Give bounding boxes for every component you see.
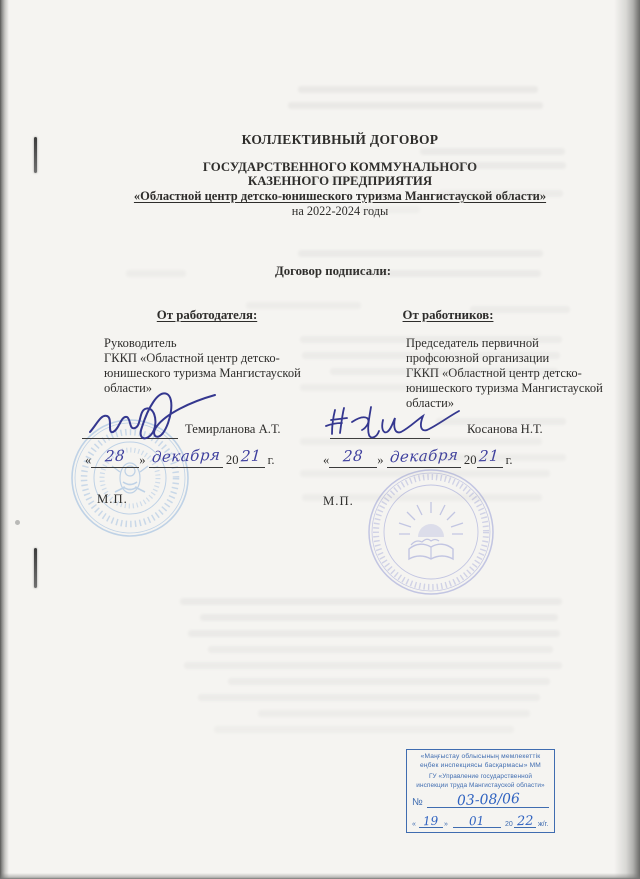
bleedthrough-artifact (180, 598, 562, 605)
signed-heading: Договор подписали: (97, 264, 569, 279)
employer-role-line: Руководитель (104, 336, 334, 351)
close-quote: » (139, 453, 145, 467)
reg-number-blank: 03-08/06 (427, 796, 549, 808)
bleedthrough-artifact (208, 646, 553, 653)
registration-stamp: «Маңғыстау облысының мемлекеттік еңбек и… (406, 749, 555, 833)
employees-seal-label: М.П. (323, 494, 354, 509)
scan-edge-right (614, 0, 640, 879)
scan-edge-left (0, 0, 9, 879)
reg-date-month: 01 (469, 816, 485, 827)
close-quote: » (377, 453, 383, 467)
employees-date-suffix: г. (506, 453, 513, 467)
employer-column-heading: От работодателя: (104, 308, 310, 323)
employees-role-line: Председатель первичной (406, 336, 636, 351)
employees-date-month-blank: декабря (387, 450, 461, 468)
bleedthrough-artifact (420, 148, 565, 155)
reg-date-year: 22 (517, 817, 534, 828)
reg-stamp-ru-line-1: ГУ «Управление государственной (407, 773, 554, 781)
reg-stamp-kk-line-2: еңбек инспекциясы басқармасы» ММ (407, 762, 554, 771)
employer-role-block: Руководитель ГККП «Областной центр детск… (104, 336, 334, 396)
bleedthrough-artifact (228, 678, 550, 685)
reg-date-suffix: ж/г. (538, 821, 548, 828)
bleedthrough-artifact (298, 250, 543, 257)
employer-role-line: ГККП «Областной центр детско- (104, 351, 334, 366)
employees-role-line: ГККП «Областной центр детско- (406, 366, 636, 381)
bleedthrough-artifact (300, 470, 550, 477)
employer-date-year: 21 (241, 449, 262, 464)
employees-date-day: 28 (343, 449, 364, 464)
employees-round-seal (366, 467, 496, 597)
bleedthrough-artifact (288, 102, 543, 109)
employees-signer-name: Косанова Н.Т. (467, 422, 543, 437)
reg-date-year-blank: 22 (514, 817, 536, 828)
staple-mark-bottom (34, 548, 37, 588)
employer-seal-label: М.П. (97, 492, 128, 507)
document-title: КОЛЛЕКТИВНЫЙ ДОГОВОР (104, 132, 576, 148)
reg-number-label: № (412, 797, 423, 808)
employees-date-year: 21 (479, 449, 500, 464)
employer-date-suffix: г. (268, 453, 275, 467)
scan-speck (15, 520, 20, 525)
org-line-2: КАЗЕННОГО ПРЕДПРИЯТИЯ (104, 174, 576, 189)
reg-date-day-blank: 19 (419, 816, 443, 828)
org-name: «Областной центр детско-юнишеского туриз… (84, 189, 596, 204)
employer-role-line: юнишеского туризма Мангистауской (104, 366, 334, 381)
reg-date-day: 19 (423, 816, 439, 827)
employer-date-day: 28 (105, 449, 126, 464)
employees-date-day-blank: 28 (329, 450, 377, 468)
employees-date-row: «28» декабря 2021 г. (323, 450, 513, 468)
employer-date-day-blank: 28 (91, 450, 139, 468)
bleedthrough-artifact (258, 710, 530, 717)
employer-date-row: «28» декабря 2021 г. (85, 450, 275, 468)
reg-number-value: 03-08/06 (456, 794, 519, 806)
bleedthrough-artifact (184, 662, 562, 669)
close-quote: » (444, 821, 448, 828)
bleedthrough-artifact (200, 614, 558, 621)
employer-date-month-blank: декабря (149, 450, 223, 468)
org-line-1: ГОСУДАРСТВЕННОГО КОММУНАЛЬНОГО (104, 160, 576, 175)
employees-column-heading: От работников: (370, 308, 526, 323)
employees-role-line: профсоюзной организации (406, 351, 636, 366)
employees-date-month: декабря (389, 448, 458, 464)
employer-date-year-blank: 21 (239, 450, 265, 468)
employees-date-year-blank: 21 (477, 450, 503, 468)
employer-date-month: декабря (151, 448, 220, 464)
employer-date-century: 20 (226, 453, 239, 467)
reg-date-century: 20 (505, 821, 513, 828)
employees-date-century: 20 (464, 453, 477, 467)
reg-stamp-date-row: « 19 » 01 20 22 ж/г. (411, 811, 550, 830)
reg-stamp-kk-line-1: «Маңғыстау облысының мемлекеттік (407, 753, 554, 762)
scanned-document-page: КОЛЛЕКТИВНЫЙ ДОГОВОР ГОСУДАРСТВЕННОГО КО… (0, 0, 640, 879)
staple-mark-top (34, 137, 37, 173)
bleedthrough-artifact (188, 630, 560, 637)
bleedthrough-artifact (214, 726, 514, 733)
agreement-period: на 2022-2024 годы (104, 204, 576, 219)
reg-date-month-blank: 01 (453, 816, 501, 828)
employees-role-line: юнишеского туризма Мангистауской (406, 381, 636, 396)
bleedthrough-artifact (198, 694, 540, 701)
reg-stamp-ru-line-2: инспекции труда Мангистауской области» (407, 782, 554, 790)
employer-signer-name: Темирланова А.Т. (185, 422, 281, 437)
bleedthrough-artifact (298, 86, 538, 93)
open-quote: « (412, 821, 416, 828)
employees-signature (322, 398, 462, 440)
scan-edge-bottom (0, 873, 640, 879)
reg-stamp-number-row: № 03-08/06 (411, 791, 550, 810)
